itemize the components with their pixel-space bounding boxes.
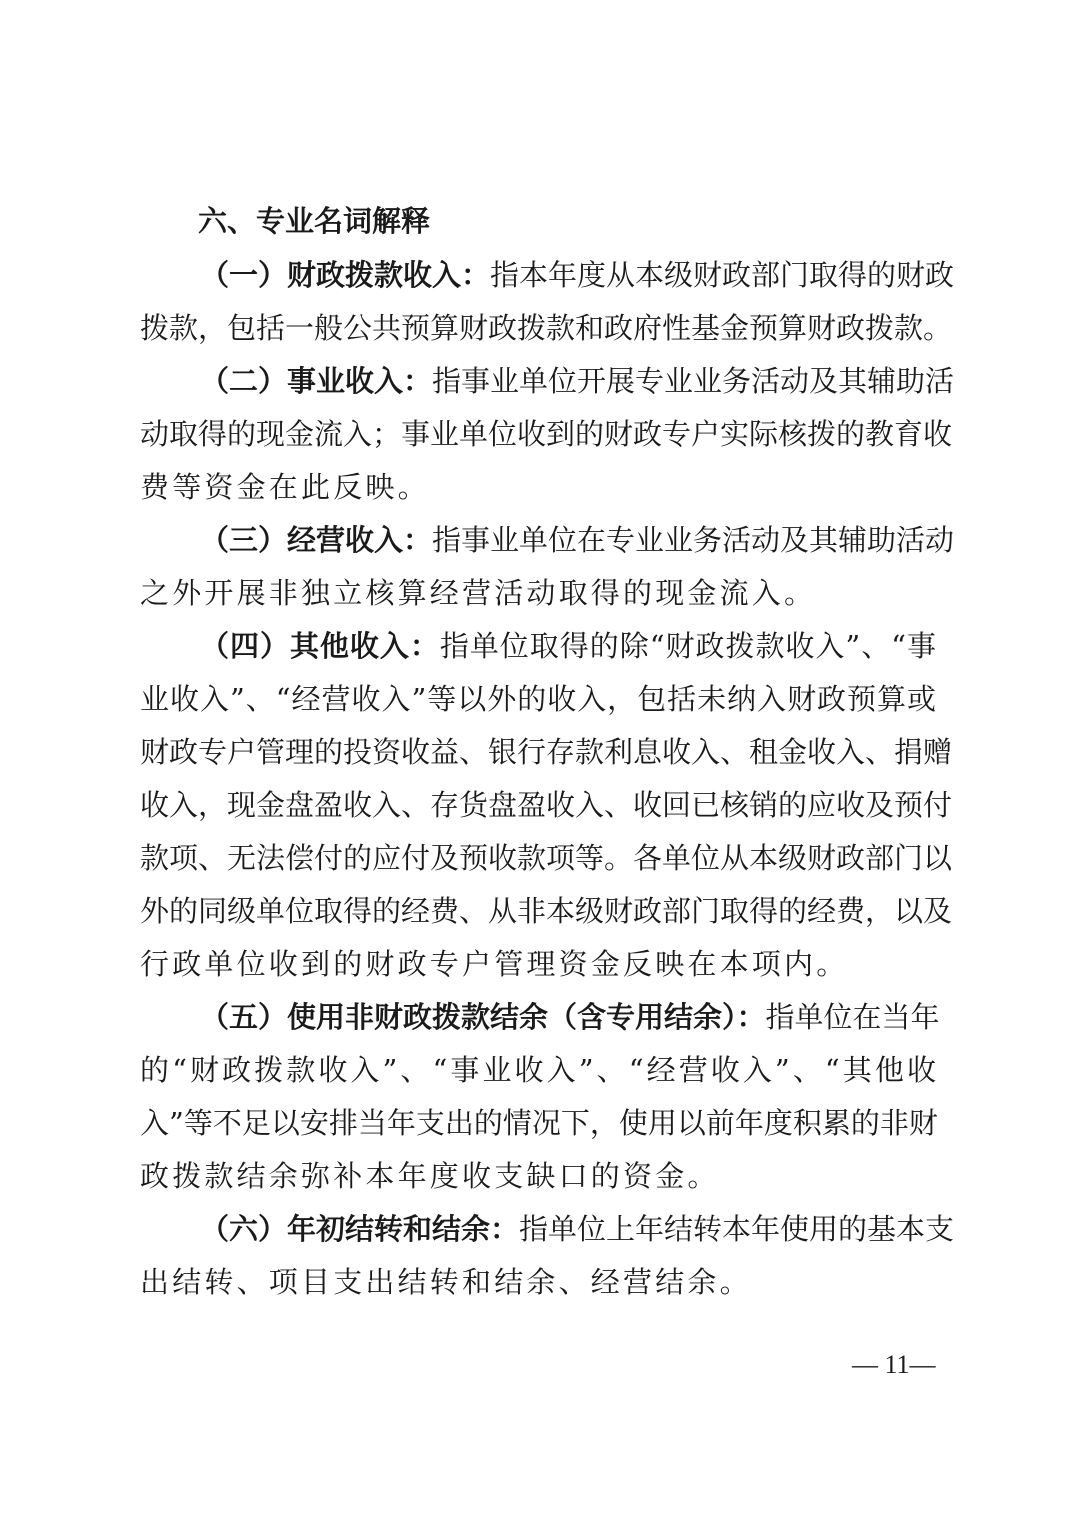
term-3: （三）经营收入：: [200, 523, 432, 557]
paragraph-2-line-3: 费等资金在此反映。: [140, 467, 936, 507]
paragraph-4-line-1: （四）其他收入：指单位取得的除“财政拨款收入”、“事: [200, 626, 936, 666]
paragraph-5-line-2: 的“财政拨款收入”、“事业收入”、“经营收入”、“其他收: [140, 1050, 936, 1090]
paragraph-2-line-2: 动取得的现金流入；事业单位收到的财政专户实际核拨的教育收: [140, 414, 936, 454]
term-2: （二）事业收入：: [200, 364, 432, 398]
paragraph-5-line-4: 政拨款结余弥补本年度收支缺口的资金。: [140, 1156, 936, 1196]
paragraph-4-line-7: 行政单位收到的财政专户管理资金反映在本项内。: [140, 944, 936, 984]
term-6: （六）年初结转和结余：: [200, 1212, 519, 1246]
paragraph-1-line-2: 拨款，包括一般公共预算财政拨款和政府性基金预算财政拨款。: [140, 308, 936, 348]
paragraph-2-line-1: （二）事业收入：指事业单位开展专业业务活动及其辅助活: [200, 361, 936, 401]
paragraph-4-line-2: 业收入”、“经营收入”等以外的收入，包括未纳入财政预算或: [140, 679, 936, 719]
term-1: （一）财政拨款收入：: [200, 258, 490, 292]
paragraph-4-line-4: 收入，现金盘盈收入、存货盘盈收入、收回已核销的应收及预付: [140, 785, 936, 825]
paragraph-4-line-3: 财政专户管理的投资收益、银行存款利息收入、租金收入、捐赠: [140, 732, 936, 772]
section-heading: 六、专业名词解释: [198, 201, 430, 241]
document-page: 六、专业名词解释 （一）财政拨款收入：指本年度从本级财政部门取得的财政 拨款，包…: [0, 0, 1075, 1520]
paragraph-6-line-2: 出结转、项目支出结转和结余、经营结余。: [140, 1262, 936, 1302]
term-5: （五）使用非财政拨款结余（含专用结余）：: [200, 1000, 766, 1034]
paragraph-5-line-1: （五）使用非财政拨款结余（含专用结余）：指单位在当年: [200, 997, 936, 1037]
paragraph-6-line-1: （六）年初结转和结余：指单位上年结转本年使用的基本支: [200, 1209, 936, 1249]
paragraph-3-line-1: （三）经营收入：指事业单位在专业业务活动及其辅助活动: [200, 520, 936, 560]
paragraph-5-line-3: 入”等不足以安排当年支出的情况下，使用以前年度积累的非财: [140, 1103, 936, 1143]
page-number: — 11—: [852, 1350, 936, 1380]
paragraph-3-line-2: 之外开展非独立核算经营活动取得的现金流入。: [140, 573, 936, 613]
term-4: （四）其他收入：: [200, 629, 440, 663]
paragraph-4-line-5: 款项、无法偿付的应付及预收款项等。各单位从本级财政部门以: [140, 838, 936, 878]
paragraph-1-line-1: （一）财政拨款收入：指本年度从本级财政部门取得的财政: [200, 255, 936, 295]
paragraph-4-line-6: 外的同级单位取得的经费、从非本级财政部门取得的经费，以及: [140, 891, 936, 931]
